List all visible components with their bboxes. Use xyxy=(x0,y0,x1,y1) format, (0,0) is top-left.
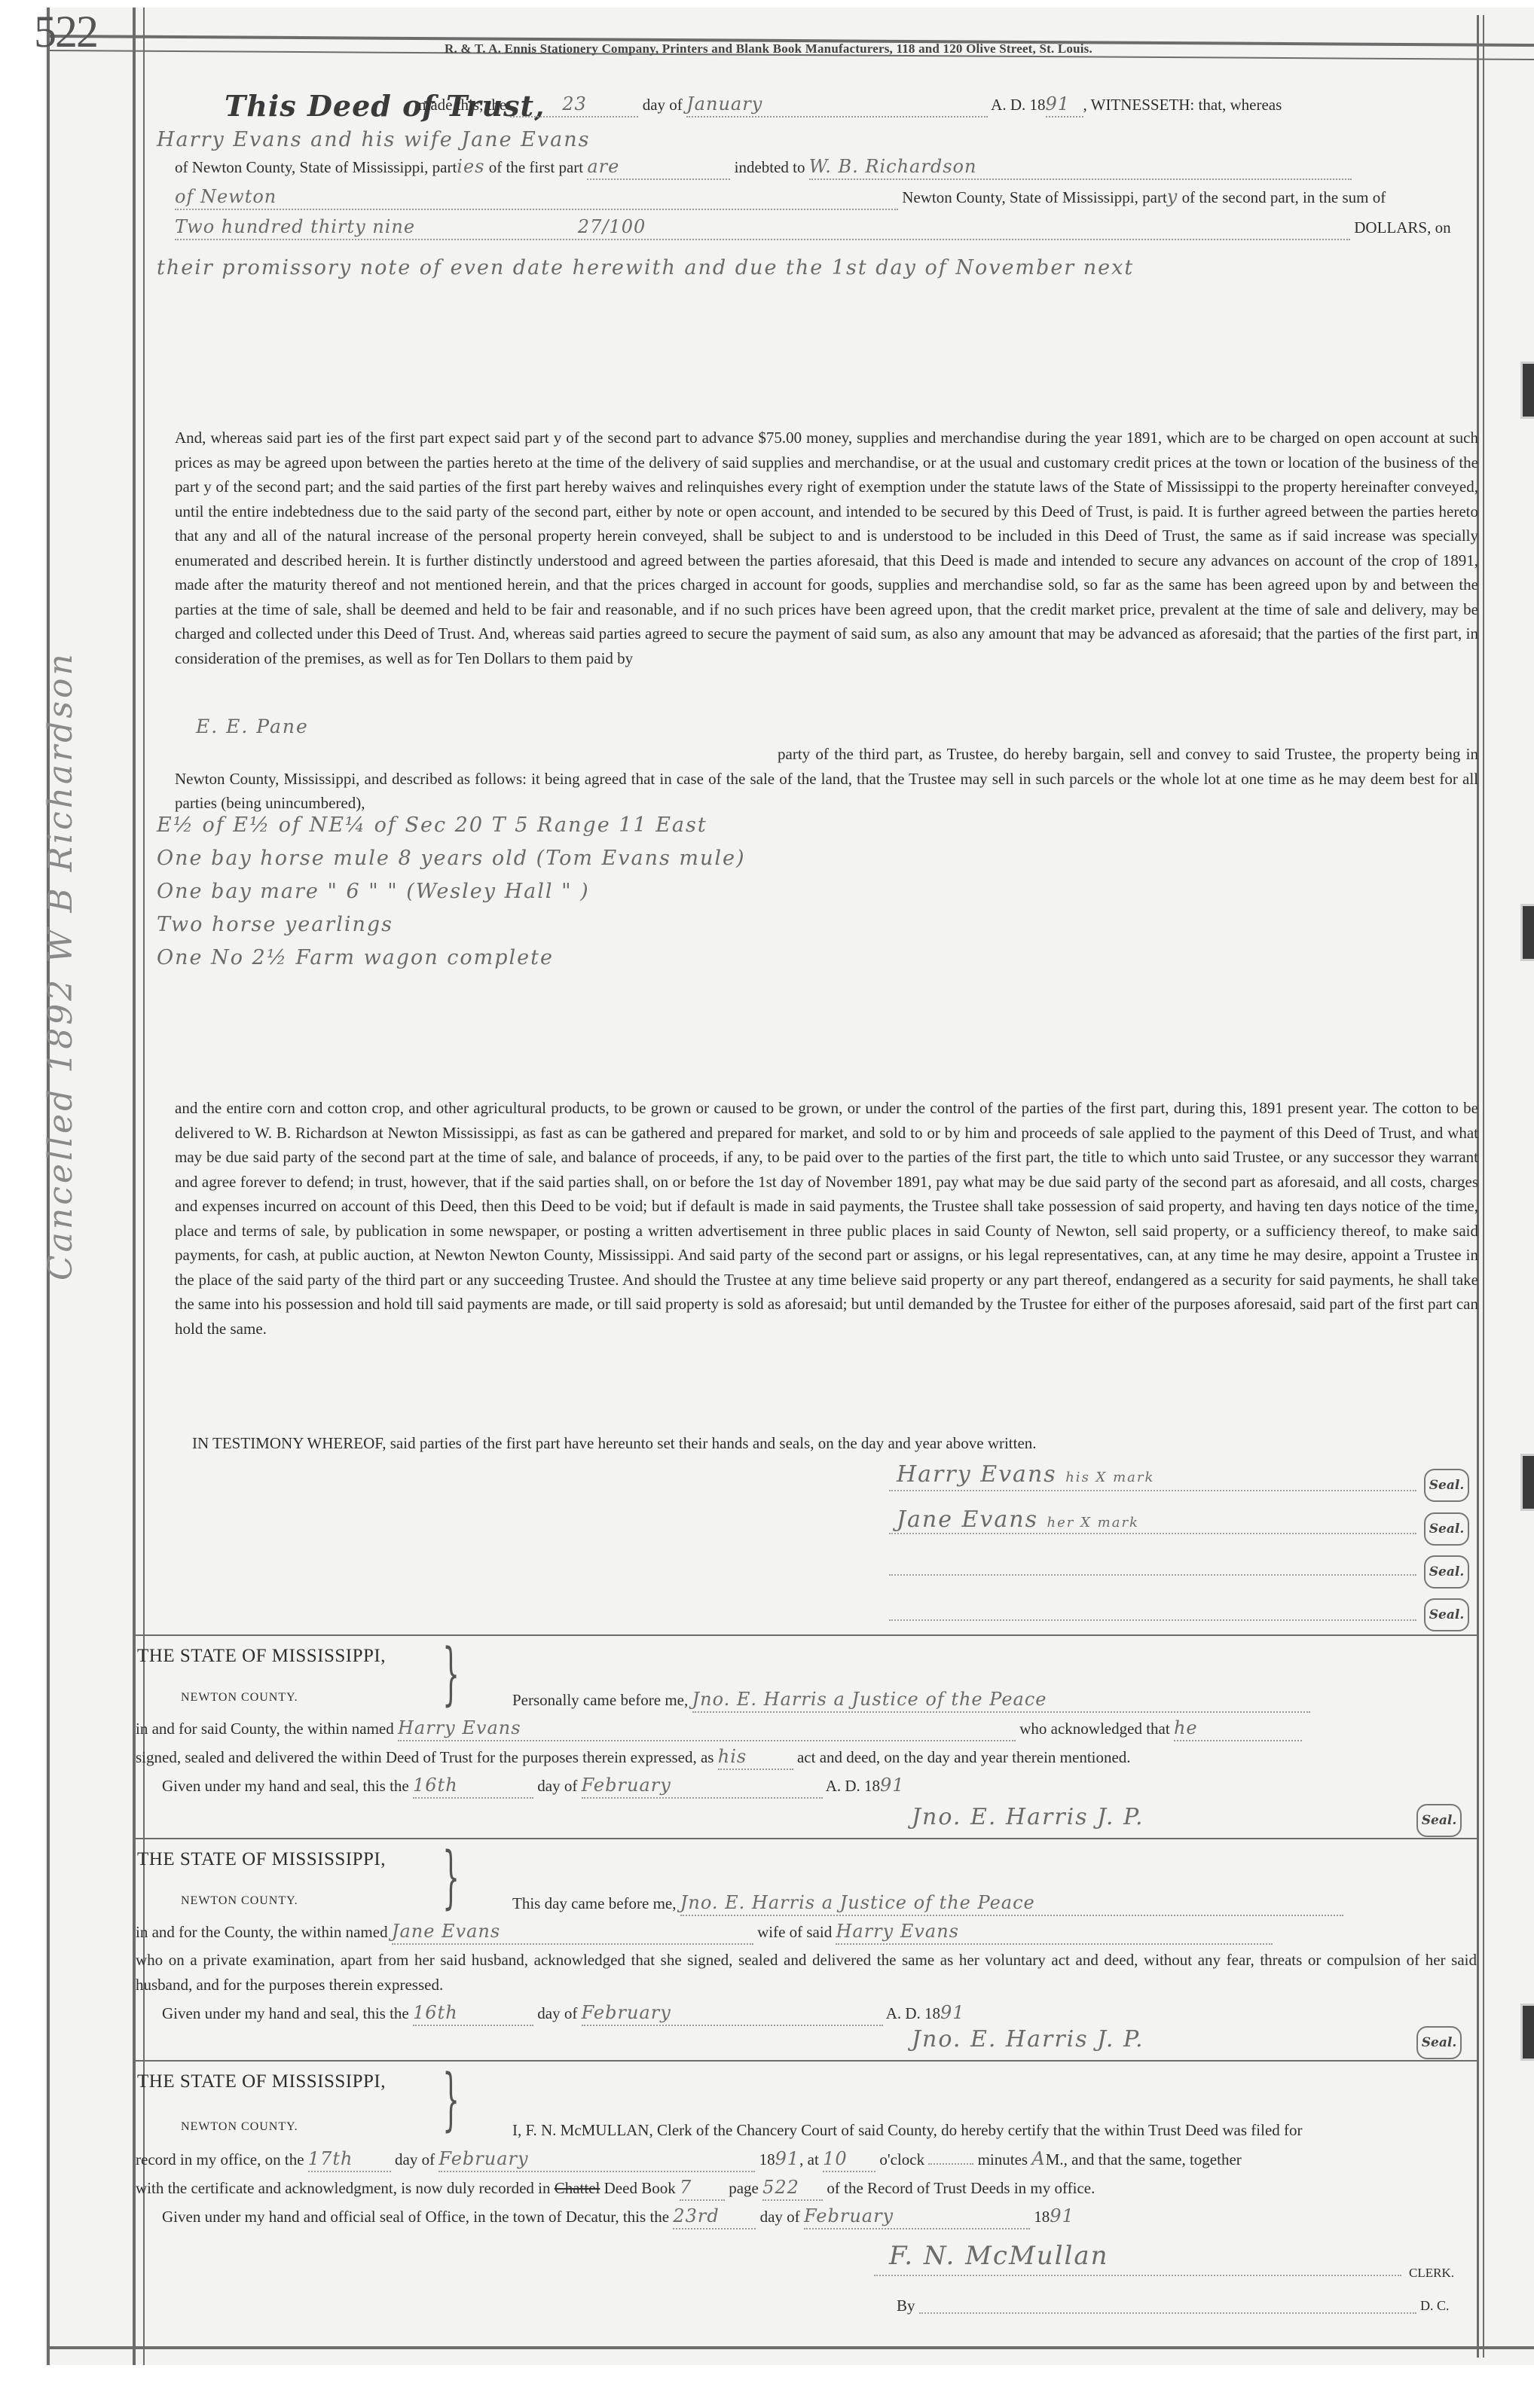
second-county-line: of Newton Newton County, State of Missis… xyxy=(175,185,1386,210)
advance-clause: And, whereas said part ies of the first … xyxy=(175,426,1478,670)
crop-clause: and the entire corn and cotton crop, and… xyxy=(175,1096,1478,1341)
ack2-line2: in and for the County, the within named … xyxy=(136,1919,1273,1945)
signature-jane-evans: Jane Evans her X mark xyxy=(897,1506,1139,1533)
section-divider xyxy=(136,1838,1477,1839)
signature-line xyxy=(889,1533,1416,1534)
margin-cancellation-note: Cancelled 1892 W B Richardson xyxy=(41,651,80,1280)
property-description: E½ of E½ of NE¼ of Sec 20 T 5 Range 11 E… xyxy=(157,813,746,969)
deed-day-field: 23 xyxy=(510,92,638,118)
ack1-seal: Seal. xyxy=(1416,1804,1462,1837)
section-divider xyxy=(136,1634,1477,1636)
ack2-signature: Jno. E. Harris J. P. xyxy=(912,2026,1144,2052)
seal-3: Seal. xyxy=(1424,1555,1469,1589)
property-item: One bay horse mule 8 years old (Tom Evan… xyxy=(157,847,746,870)
ack2-line3: who on a private examination, apart from… xyxy=(136,1948,1477,1997)
page-number: 522 xyxy=(34,6,97,58)
index-tab[interactable] xyxy=(1520,1454,1534,1511)
clerk-given-line: Given under my hand and official seal of… xyxy=(162,2204,1074,2229)
deed-year-field: 91 xyxy=(1046,92,1083,118)
ack2-line1: This day came before me, Jno. E. Harris … xyxy=(512,1891,1343,1916)
ack2-given-line: Given under my hand and seal, this the 1… xyxy=(162,2001,965,2026)
left-margin-rule-thin xyxy=(143,8,145,2365)
ack1-signature: Jno. E. Harris J. P. xyxy=(912,1804,1144,1830)
ack1-state-heading: THE STATE OF MISSISSIPPI, xyxy=(137,1646,386,1667)
property-item: One bay mare " 6 " " (Wesley Hall " ) xyxy=(157,880,746,903)
signature-line xyxy=(889,1574,1416,1576)
by-label: By xyxy=(897,2294,915,2318)
signature-line xyxy=(889,1619,1416,1621)
clerk-label: CLERK. xyxy=(1409,2261,1454,2285)
ack1-line1: Personally came before me, Jno. E. Harri… xyxy=(512,1687,1310,1713)
testimony-clause: IN TESTIMONY WHEREOF, said parties of th… xyxy=(192,1431,1037,1455)
deputy-clerk-label: D. C. xyxy=(1420,2294,1450,2318)
clerk-county-heading: NEWTON COUNTY. xyxy=(181,2120,298,2134)
sum-line: Two hundred thirty nine 27/100 DOLLARS, … xyxy=(175,215,1451,240)
signature-line xyxy=(889,1490,1416,1491)
note-description-field: their promissory note of even date herew… xyxy=(157,256,1134,279)
ack2-county-heading: NEWTON COUNTY. xyxy=(181,1894,298,1908)
seal-1: Seal. xyxy=(1424,1469,1469,1502)
property-item: E½ of E½ of NE¼ of Sec 20 T 5 Range 11 E… xyxy=(157,813,746,837)
grantors-field: Harry Evans and his wife Jane Evans xyxy=(157,128,590,151)
deed-month-field: January xyxy=(686,92,988,118)
ack2-seal: Seal. xyxy=(1416,2026,1462,2059)
clerk-line1: I, F. N. McMULLAN, Clerk of the Chancery… xyxy=(512,2118,1303,2142)
seal-2: Seal. xyxy=(1424,1512,1469,1546)
ack1-given-line: Given under my hand and seal, this the 1… xyxy=(162,1773,905,1799)
ack1-county-heading: NEWTON COUNTY. xyxy=(181,1691,298,1705)
clerk-state-heading: THE STATE OF MISSISSIPPI, xyxy=(137,2071,386,2092)
trustee-clause: party of the third part, as Trustee, do … xyxy=(175,742,1478,816)
right-margin-rule-2 xyxy=(1483,15,1484,2358)
ack1-line3: signed, sealed and delivered the within … xyxy=(136,1744,1131,1770)
signature-harry-evans: Harry Evans his X mark xyxy=(897,1461,1154,1488)
ack1-line2: in and for said County, the within named… xyxy=(136,1716,1302,1741)
brace-icon: } xyxy=(442,1838,460,1917)
index-tab[interactable] xyxy=(1520,904,1534,961)
deputy-clerk-line xyxy=(919,2312,1416,2314)
printer-imprint: R. & T. A. Ennis Stationery Company, Pri… xyxy=(241,41,1296,56)
brace-icon: } xyxy=(442,2060,460,2139)
ack2-state-heading: THE STATE OF MISSISSIPPI, xyxy=(137,1849,386,1870)
section-divider xyxy=(136,2060,1477,2062)
sum-field: Two hundred thirty nine 27/100 xyxy=(175,215,1350,240)
county-line: of Newton County, State of Mississippi, … xyxy=(175,154,1352,180)
clerk-recorded-line: with the certificate and acknowledgment,… xyxy=(136,2175,1095,2201)
clerk-signature: F. N. McMullan xyxy=(889,2241,1109,2271)
clerk-record-line: record in my office, on the 17th day of … xyxy=(136,2147,1242,2172)
property-item: Two horse yearlings xyxy=(157,913,746,936)
index-tab[interactable] xyxy=(1520,2004,1534,2061)
bottom-rule xyxy=(47,2346,1534,2349)
creditor-field: W. B. Richardson xyxy=(809,154,1352,180)
seal-4: Seal. xyxy=(1424,1598,1469,1631)
clerk-signature-line xyxy=(874,2275,1401,2276)
index-tab[interactable] xyxy=(1520,362,1534,419)
left-margin-rule-inner xyxy=(133,8,136,2365)
brace-icon: } xyxy=(442,1634,460,1714)
trustee-field: E. E. Pane xyxy=(196,716,309,737)
property-item: One No 2½ Farm wagon complete xyxy=(157,946,746,969)
made-this-line: made this, the 23 day of January A. D. 1… xyxy=(418,92,1282,118)
